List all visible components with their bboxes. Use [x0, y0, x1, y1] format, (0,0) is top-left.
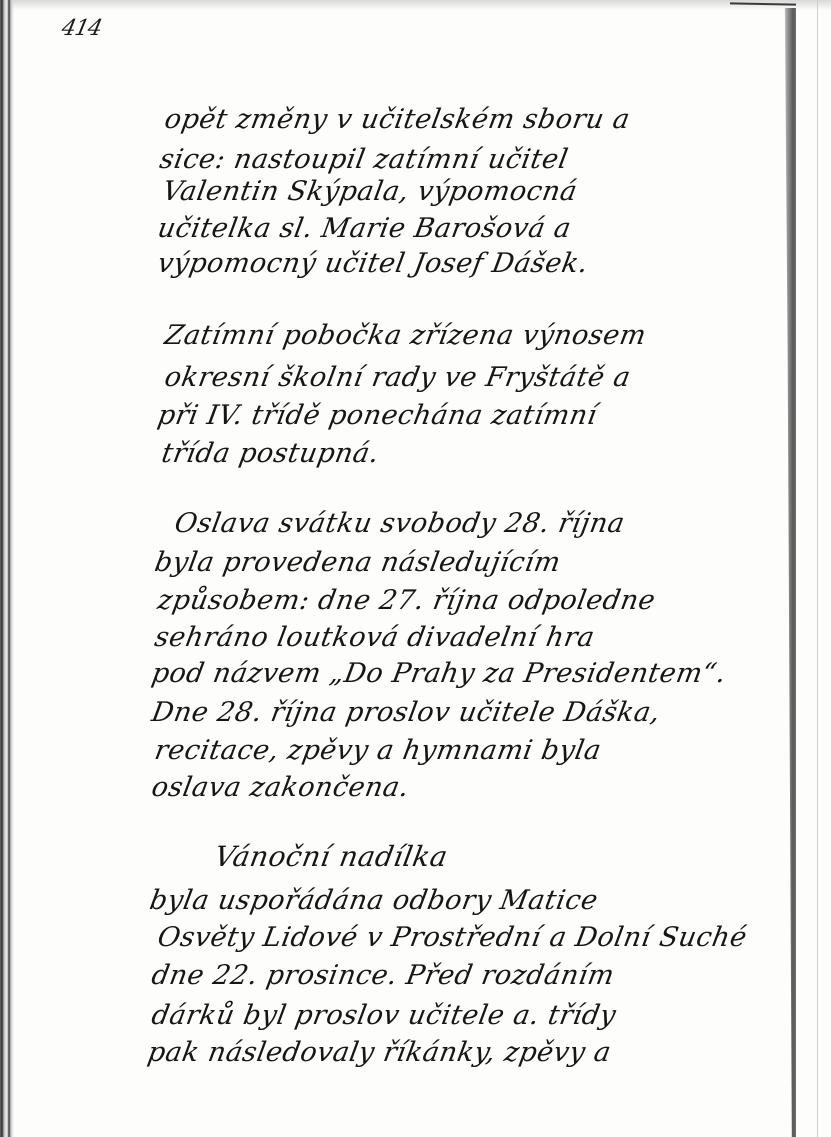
text-line: pod názvem „Do Prahy za Presidentem“.	[149, 658, 728, 689]
text-line: Valentin Skýpala, výpomocná	[160, 176, 579, 207]
scan-top-shadow	[0, 0, 831, 10]
scanned-chronicle-page: 414 opět změny v učitelském sboru a sice…	[0, 0, 831, 1137]
text-line: Dne 28. října proslov učitele Dáška,	[149, 697, 662, 728]
text-line: učitelka sl. Marie Barošová a	[155, 213, 573, 244]
text-line: okresní školní rady ve Fryštátě a	[162, 362, 633, 393]
page-binding-edge	[0, 0, 14, 1137]
text-line: byla uspořádána odbory Matice	[147, 885, 600, 916]
page-right-edge-shadow	[782, 8, 796, 1137]
text-line: při IV. třídě ponechána zatímní	[155, 400, 599, 431]
text-line: opět změny v učitelském sboru a	[162, 104, 632, 135]
text-line: dárků byl proslov učitele a. třídy	[149, 1000, 618, 1031]
text-line: Oslava svátku svobody 28. října	[172, 508, 627, 539]
text-line: sehráno loutková divadelní hra	[152, 622, 597, 653]
text-line: výpomocný učitel Josef Dášek.	[155, 248, 590, 279]
text-line: Zatímní pobočka zřízena výnosem	[162, 320, 648, 351]
page-right-border	[817, 0, 818, 1137]
text-line: sice: nastoupil zatímní učitel	[157, 144, 570, 175]
section-heading: Vánoční nadílka	[212, 840, 450, 873]
text-line: Osvěty Lidové v Prostřední a Dolní Suché	[155, 922, 749, 953]
text-line: recitace, zpěvy a hymnami byla	[152, 735, 603, 766]
text-line: byla provedena následujícím	[152, 547, 563, 578]
text-line: pak následovaly říkánky, zpěvy a	[145, 1037, 613, 1068]
page-number: 414	[59, 16, 103, 41]
text-line: třída postupná.	[159, 438, 381, 469]
text-line: způsobem: dne 27. října odpoledne	[155, 585, 658, 616]
text-line: oslava zakončena.	[149, 772, 411, 803]
text-line: dne 22. prosince. Před rozdáním	[149, 960, 617, 991]
